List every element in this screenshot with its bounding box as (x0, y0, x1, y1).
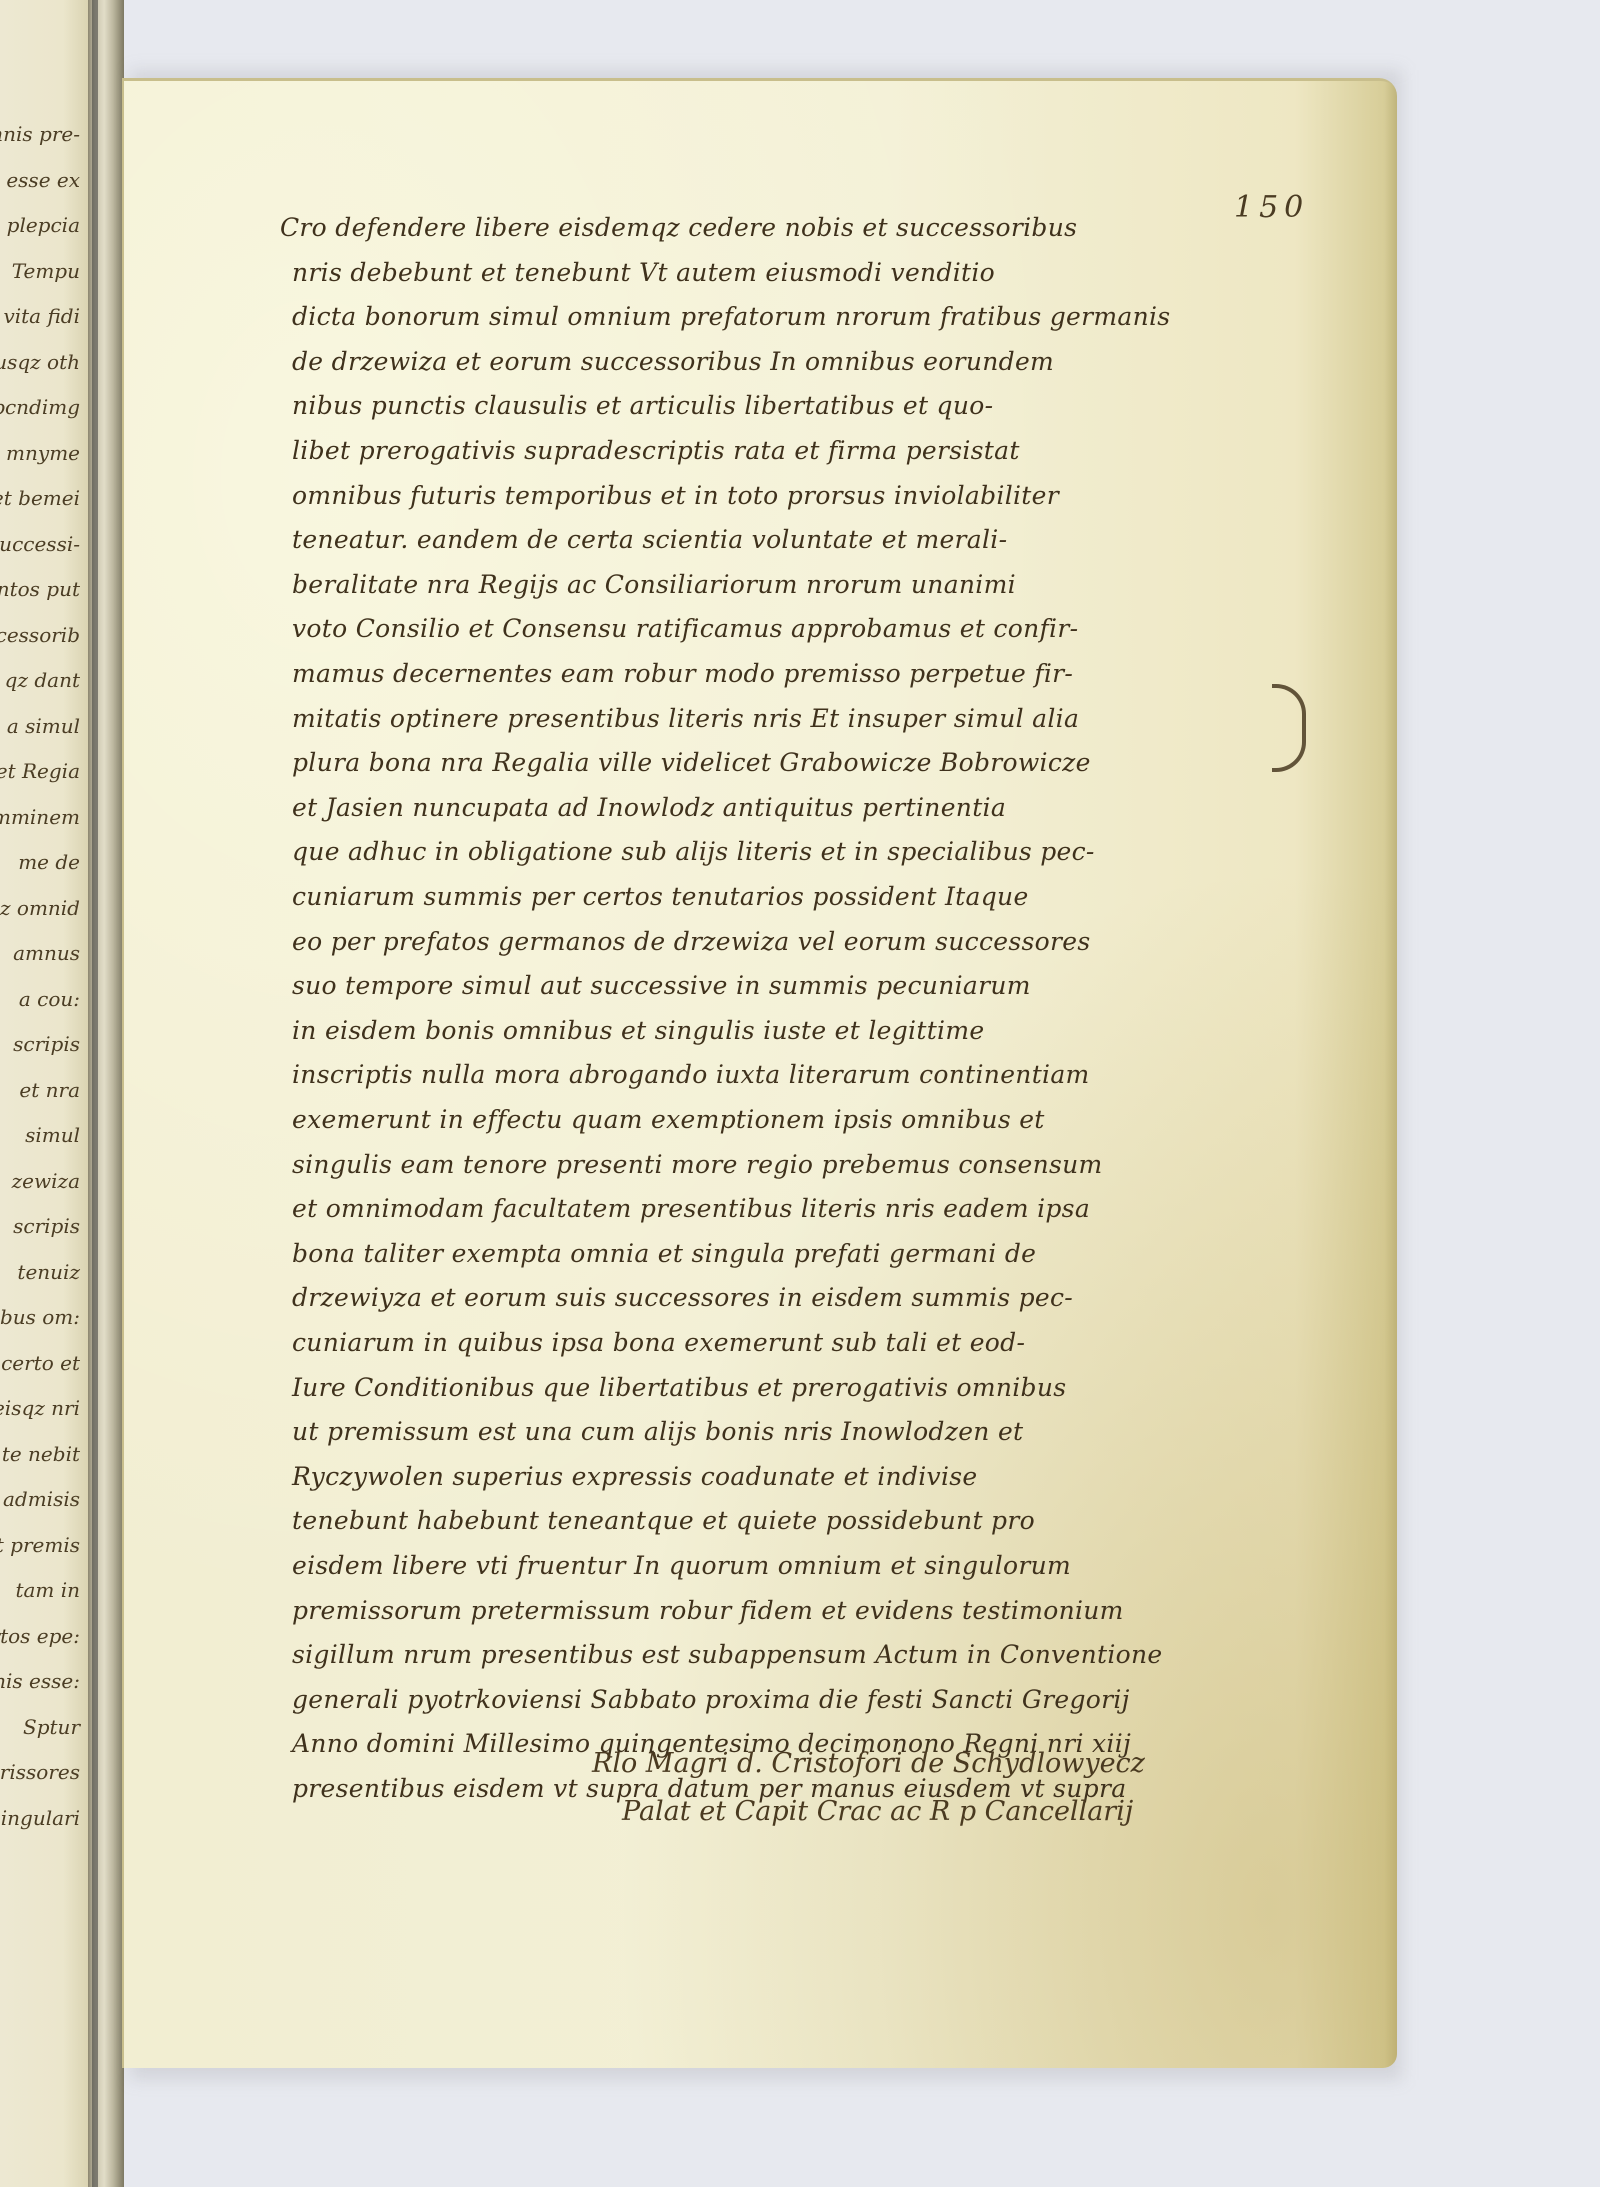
facing-page-fragment: nusqz oth (0, 350, 80, 374)
manuscript-line: singulis eam tenore presenti more regio … (292, 1143, 1103, 1187)
facing-page-fragment: Sptur (23, 1715, 80, 1739)
facing-page-fragment: pcndimg (0, 395, 80, 419)
manuscript-page: 150 Cro defendere libere eisdemqz cedere… (122, 78, 1397, 2068)
facing-page-fragment: scripis (13, 1214, 80, 1238)
facing-page-fragment: successi- (0, 532, 80, 556)
facing-page-fragment: et Regia (0, 759, 80, 783)
facing-page-fragment: plepcia (7, 213, 80, 237)
manuscript-line: mamus decernentes eam robur modo premiss… (292, 652, 1073, 696)
facing-page-fragment: et nra (19, 1078, 80, 1102)
facing-page-fragment: et premis (0, 1533, 80, 1557)
manuscript-line: et omnimodam facultatem presentibus lite… (292, 1187, 1090, 1231)
facing-page-fragment: et bemei (0, 486, 80, 510)
manuscript-line: eisdem libere vti fruentur In quorum omn… (292, 1544, 1071, 1588)
folio-number: 150 (1234, 190, 1309, 225)
manuscript-line: cuniarum summis per certos tenutarios po… (292, 875, 1029, 919)
facing-page-fragment: nis esse: (0, 1669, 80, 1693)
facing-page-fragment: admisis (3, 1487, 80, 1511)
manuscript-line: de drzewiza et eorum successoribus In om… (292, 340, 1054, 384)
manuscript-line: omnibus futuris temporibus et in toto pr… (292, 474, 1059, 518)
facing-page-fragment: tenuiz (17, 1260, 80, 1284)
manuscript-line: cuniarum in quibus ipsa bona exemerunt s… (292, 1321, 1025, 1365)
facing-page-fragment: a cou: (19, 987, 80, 1011)
manuscript-line: ut premissum est una cum alijs bonis nri… (292, 1410, 1023, 1454)
manuscript-line: plura bona nra Regalia ville videlicet G… (292, 741, 1091, 785)
manuscript-line: libet prerogativis supradescriptis rata … (292, 429, 1020, 473)
facing-page-fragment: mminem (0, 805, 80, 829)
facing-page-fragment: antos put (0, 577, 80, 601)
manuscript-line: generali pyotrkoviensi Sabbato proxima d… (292, 1678, 1130, 1722)
facing-page-fragment: cessorib (0, 623, 80, 647)
manuscript-line: Iure Conditionibus que libertatibus et p… (292, 1366, 1066, 1410)
facing-page-fragment: Tempu (12, 259, 80, 283)
signature-line-1: Rlo Magri d. Cristofori de Schydlowyecz (592, 1748, 1145, 1779)
manuscript-line: nris debebunt et tenebunt Vt autem eiusm… (292, 251, 995, 295)
manuscript-line: que adhuc in obligatione sub alijs liter… (292, 830, 1095, 874)
manuscript-line: sigillum nrum presentibus est subappensu… (292, 1633, 1163, 1677)
facing-page-fragment: singulari (0, 1806, 80, 1830)
facing-page-fragment: rtos epe: (0, 1624, 80, 1648)
facing-page-fragment: zewiza (12, 1169, 80, 1193)
facing-page-fragment: me de (18, 850, 80, 874)
manuscript-line: exemerunt in effectu quam exemptionem ip… (292, 1098, 1045, 1142)
facing-page-fragment: ntrissores (0, 1760, 80, 1784)
facing-page-fragment: qz omnid (0, 896, 80, 920)
manuscript-line: premissorum pretermissum robur fidem et … (292, 1589, 1124, 1633)
signature-line-2: Palat et Capit Crac ac R p Cancellarij (622, 1796, 1133, 1827)
facing-page-fragment: fid esse ex (0, 168, 80, 192)
manuscript-line: teneatur. eandem de certa scientia volun… (292, 518, 1007, 562)
manuscript-line: nibus punctis clausulis et articulis lib… (292, 384, 993, 428)
manuscript-line: Ryczywolen superius expressis coadunate … (292, 1455, 978, 1499)
manuscript-line: inscriptis nulla mora abrogando iuxta li… (292, 1053, 1090, 1097)
facing-page-fragment: amnus (13, 941, 80, 965)
facing-page-fragment: reisqz nri (0, 1396, 80, 1420)
facing-page-fragment: qz dant (5, 668, 80, 692)
manuscript-line: beralitate nra Regijs ac Consiliariorum … (292, 563, 1016, 607)
manuscript-line: voto Consilio et Consensu ratificamus ap… (292, 607, 1078, 651)
facing-page-fragment: simul (25, 1123, 80, 1147)
manuscript-line: drzewiyza et eorum suis successores in e… (292, 1276, 1073, 1320)
manuscript-line: eo per prefatos germanos de drzewiza vel… (292, 920, 1090, 964)
facing-page-fragment: omnis pre- (0, 122, 80, 146)
facing-page-fragment: te nebit (2, 1442, 80, 1466)
manuscript-line: bona taliter exempta omnia et singula pr… (292, 1232, 1036, 1276)
manuscript-line: dicta bonorum simul omnium prefatorum nr… (292, 295, 1170, 339)
margin-bracket-mark (1272, 684, 1306, 772)
manuscript-line: in eisdem bonis omnibus et singulis iust… (292, 1009, 984, 1053)
gutter-shadow (92, 0, 98, 2187)
manuscript-line: tenebunt habebunt teneantque et quiete p… (292, 1499, 1035, 1543)
facing-page-left: omnis pre-fid esse explepciaTempuvita fi… (0, 0, 90, 2187)
facing-page-fragment: certo et (1, 1351, 80, 1375)
facing-page-fragment: mibus om: (0, 1305, 80, 1329)
manuscript-line: suo tempore simul aut successive in summ… (292, 964, 1031, 1008)
facing-page-fragment: tam in (15, 1578, 80, 1602)
facing-page-fragment: vita fidi (3, 304, 80, 328)
facing-page-fragment: mnyme (6, 441, 80, 465)
facing-page-fragment: scripis (13, 1032, 80, 1056)
facing-page-fragment: a simul (7, 714, 80, 738)
manuscript-line: et Jasien nuncupata ad Inowlodz antiquit… (292, 786, 1006, 830)
manuscript-line: mitatis optinere presentibus literis nri… (292, 697, 1079, 741)
manuscript-line: Cro defendere libere eisdemqz cedere nob… (280, 206, 1077, 250)
